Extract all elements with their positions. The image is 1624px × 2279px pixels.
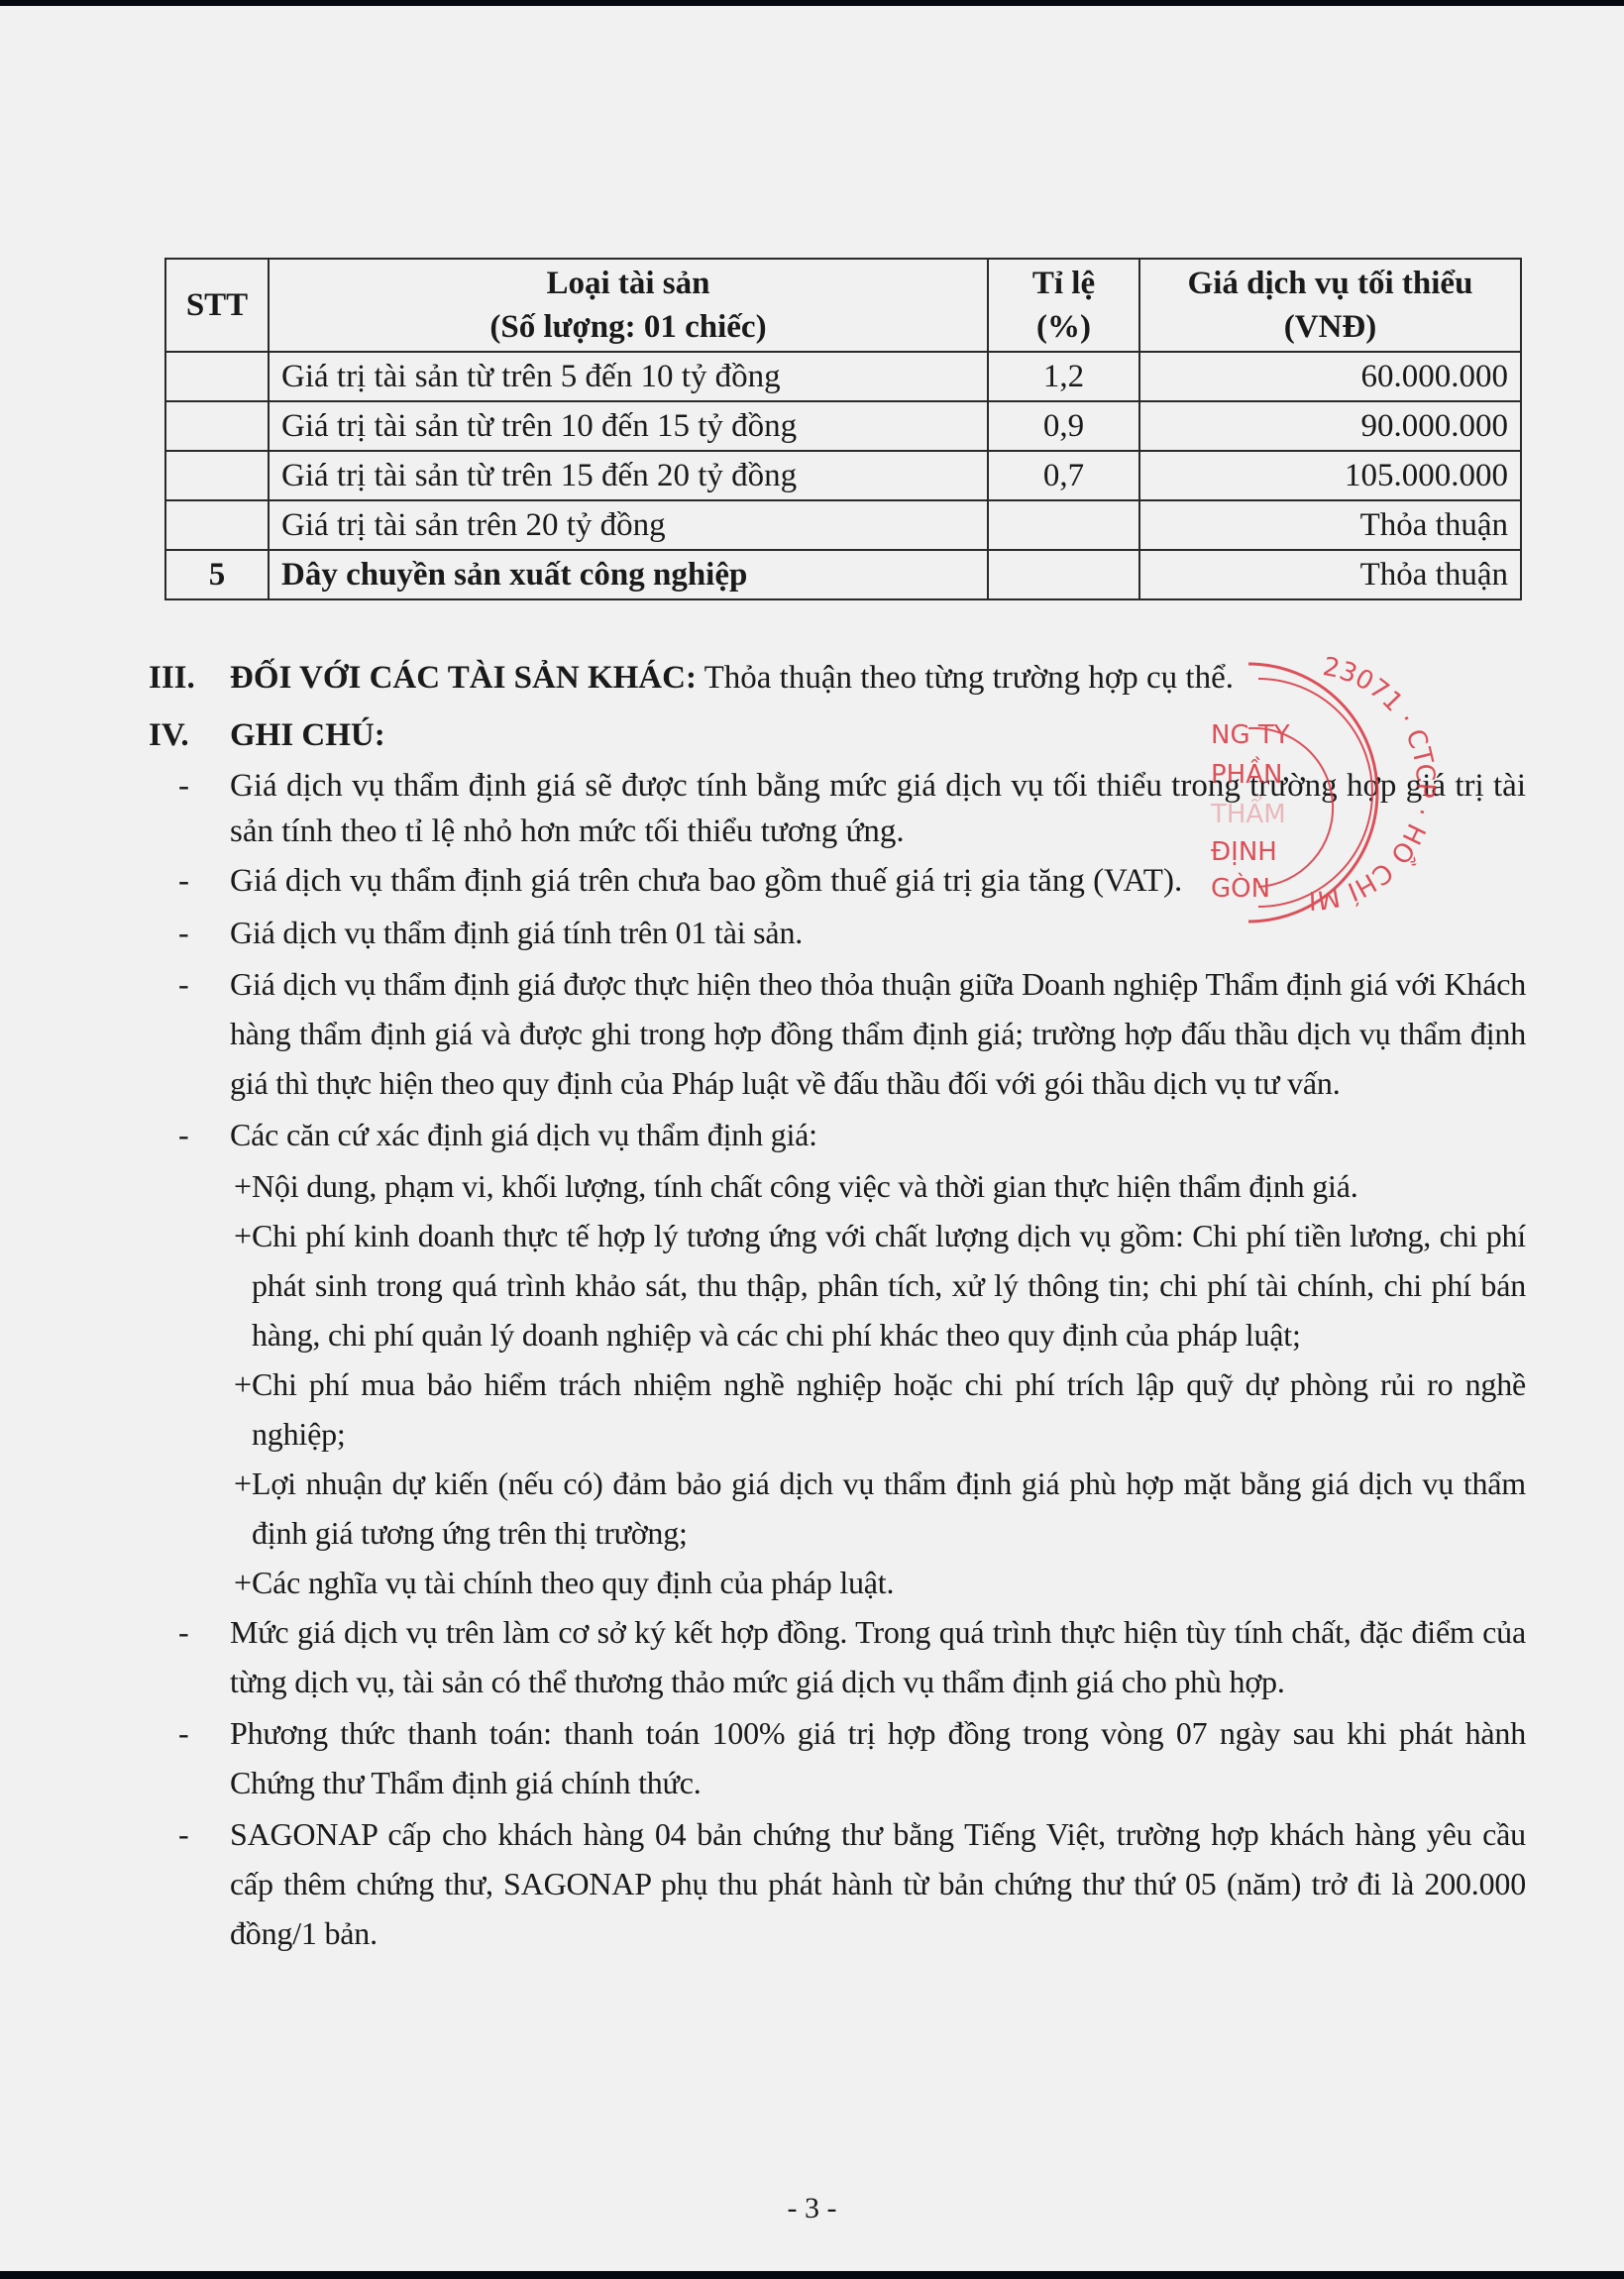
page-number: - 3 - <box>0 2192 1624 2225</box>
sublist-item: + Các nghĩa vụ tài chính theo quy định c… <box>178 1558 1526 1607</box>
section-other-assets: III.ĐỐI VỚI CÁC TÀI SẢN KHÁC: Thỏa thuận… <box>149 658 1234 698</box>
header-asset-type: Loại tài sản (Số lượng: 01 chiếc) <box>269 259 988 352</box>
scan-bottom-edge <box>0 2271 1624 2279</box>
sublist-item: + Lợi nhuận dự kiến (nếu có) đảm bảo giá… <box>178 1459 1526 1558</box>
sublist-item: + Nội dung, phạm vi, khối lượng, tính ch… <box>178 1161 1526 1211</box>
table-header-row: STT Loại tài sản (Số lượng: 01 chiếc) Tỉ… <box>165 259 1521 352</box>
list-item: - Phương thức thanh toán: thanh toán 100… <box>178 1708 1526 1807</box>
header-stt: STT <box>165 259 269 352</box>
notes-list: - Giá dịch vụ thẩm định giá sẽ được tính… <box>178 763 1526 1960</box>
table-row: Giá trị tài sản từ trên 10 đến 15 tỷ đồn… <box>165 401 1521 451</box>
list-item: - Giá dịch vụ thẩm định giá sẽ được tính… <box>178 763 1526 854</box>
table-row: Giá trị tài sản từ trên 15 đến 20 tỷ đồn… <box>165 451 1521 500</box>
list-item: - Giá dịch vụ thẩm định giá trên chưa ba… <box>178 856 1526 906</box>
list-item: - Giá dịch vụ thẩm định giá tính trên 01… <box>178 908 1526 957</box>
stamp-inner-line: NG TY <box>1211 720 1290 750</box>
header-min-price: Giá dịch vụ tối thiểu (VNĐ) <box>1139 259 1521 352</box>
table-row: 5 Dây chuyền sản xuất công nghiệp Thỏa t… <box>165 550 1521 599</box>
table-row: Giá trị tài sản trên 20 tỷ đồng Thỏa thu… <box>165 500 1521 550</box>
list-item: - Các căn cứ xác định giá dịch vụ thẩm đ… <box>178 1110 1526 1159</box>
basis-sublist: + Nội dung, phạm vi, khối lượng, tính ch… <box>178 1161 1526 1607</box>
list-item: - Mức giá dịch vụ trên làm cơ sở ký kết … <box>178 1607 1526 1706</box>
list-item: - SAGONAP cấp cho khách hàng 04 bản chứn… <box>178 1809 1526 1958</box>
list-item: - Giá dịch vụ thẩm định giá được thực hi… <box>178 959 1526 1108</box>
sublist-item: + Chi phí mua bảo hiểm trách nhiệm nghề … <box>178 1359 1526 1459</box>
section-notes-heading: IV.GHI CHÚ: <box>149 715 385 755</box>
table-row: Giá trị tài sản từ trên 5 đến 10 tỷ đồng… <box>165 352 1521 401</box>
sublist-item: + Chi phí kinh doanh thực tế hợp lý tươn… <box>178 1211 1526 1359</box>
scan-top-edge <box>0 0 1624 6</box>
price-table: STT Loại tài sản (Số lượng: 01 chiếc) Tỉ… <box>164 258 1522 600</box>
header-rate: Tỉ lệ (%) <box>988 259 1139 352</box>
